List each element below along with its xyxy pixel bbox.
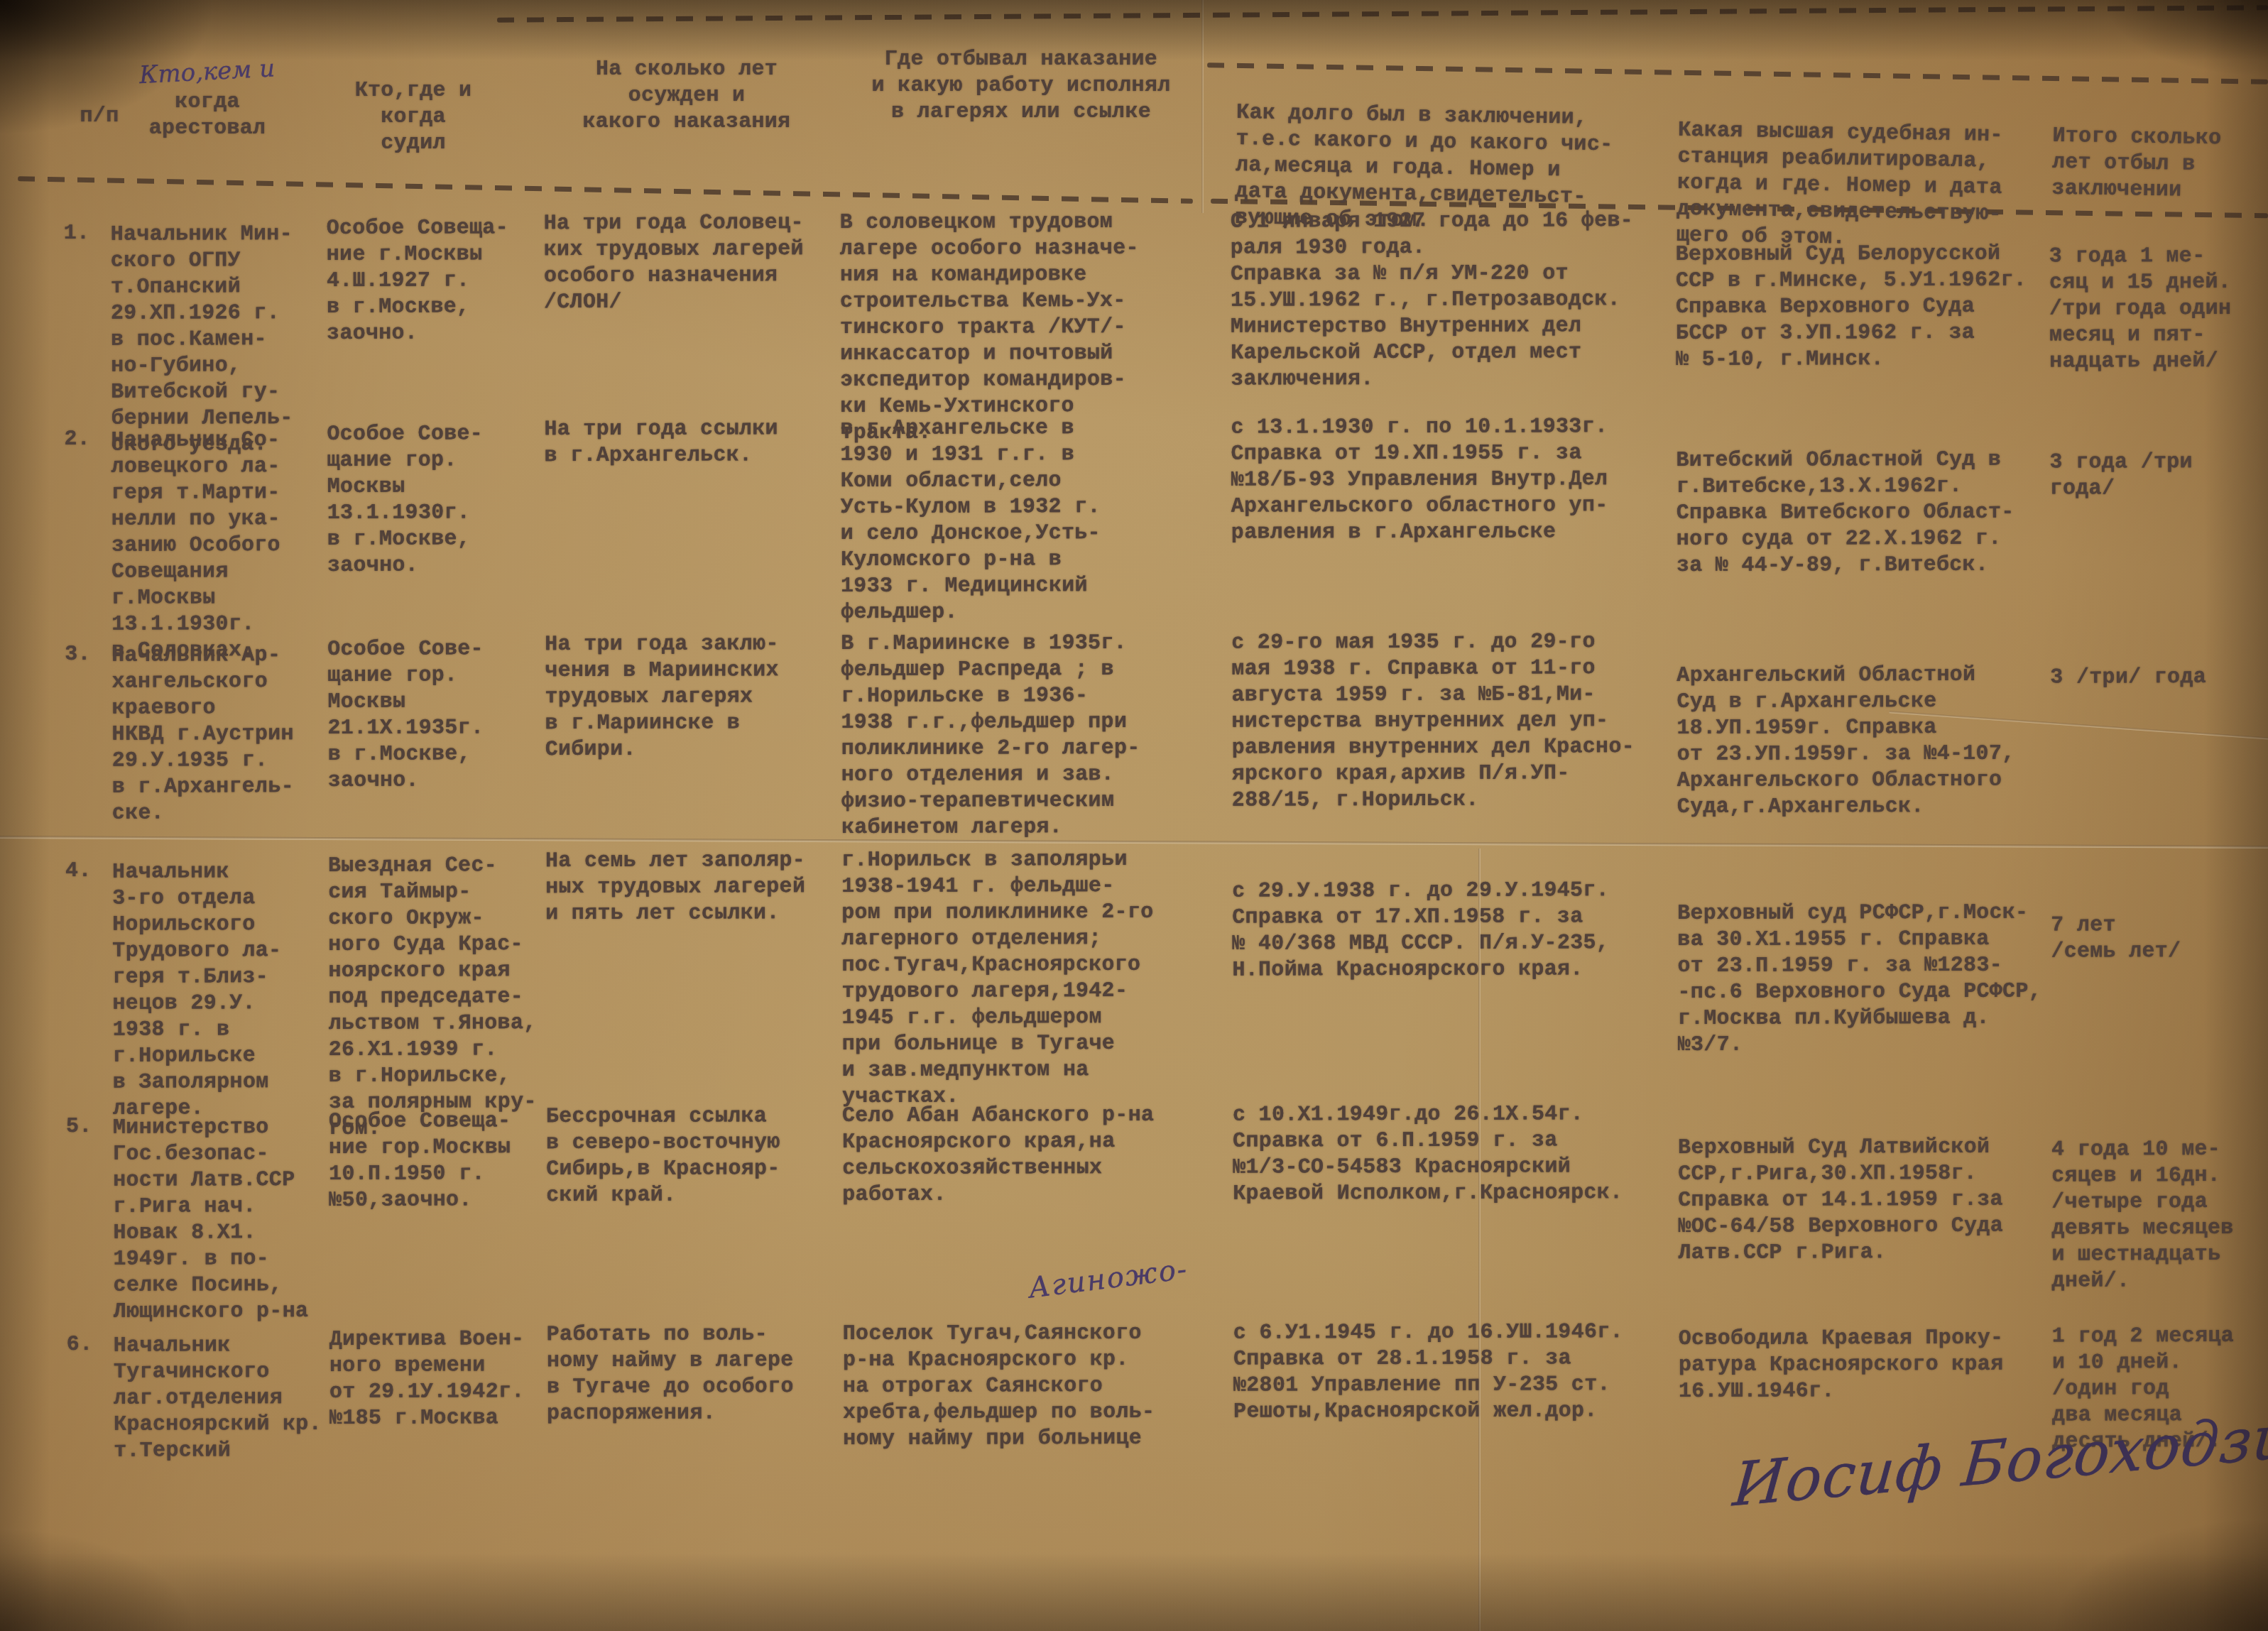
- row-number: 5.: [66, 1106, 116, 1140]
- cell-rehabilitated: Архангельский Областной Суд в г.Архангел…: [1677, 628, 2050, 821]
- table-row: 3. Начальник Ар- хангельского краевого Н…: [0, 628, 2268, 850]
- table-row: 1. Начальник Мин- ского ОГПУ т.Опанский …: [0, 207, 2267, 418]
- cell-judged: Особое Сове- щание гор. Москвы 21.1Х.193…: [327, 632, 562, 795]
- cell-rehabilitated: Верховный Суд Белорусской ССР в г.Минске…: [1676, 207, 2049, 373]
- header-sentence: На сколько лет осужден и какого наказани…: [534, 57, 839, 136]
- cell-duration: с 10.Х1.1949г.до 26.1Х.54г. Справка от 6…: [1233, 1101, 1680, 1208]
- cell-where-served: в г.Архангельске в 1930 и 1931 г.г. в Ко…: [840, 415, 1203, 626]
- cell-total-served: 7 лет /семь лет/: [2051, 844, 2264, 966]
- cell-where-served: Поселок Тугач,Саянского р-на Красноярско…: [843, 1321, 1205, 1453]
- cell-where-served: В соловецком трудовом лагере особого наз…: [840, 209, 1203, 447]
- cell-total-served: 4 года 10 ме- сяцев и 16дн. /четыре года…: [2051, 1100, 2265, 1295]
- cell-judged: Особое Совеща- ние гор.Москвы 10.П.1950 …: [329, 1104, 563, 1214]
- table-body: 1. Начальник Мин- ского ОГПУ т.Опанский …: [0, 207, 2268, 1501]
- header-where-served: Где отбывал наказание и какую работу исп…: [829, 47, 1213, 126]
- cell-duration: с 13.1.1930 г. по 10.1.1933г. Справка от…: [1231, 414, 1678, 547]
- cell-sentence: На три года заклю- чения в Мариинских тр…: [545, 631, 843, 763]
- document-photo: п/п Кто,кем и когда арестовал Кто,где и …: [0, 0, 2268, 1631]
- row-number: 2.: [64, 418, 114, 453]
- header-judged: Кто,где и когда судил: [328, 78, 498, 157]
- cell-sentence: Работать по воль- ному найму в лагере в …: [547, 1321, 845, 1427]
- cell-sentence: На три года ссылки в г.Архангельск.: [544, 416, 842, 469]
- row-number: 6.: [67, 1324, 116, 1358]
- cell-rehabilitated: Освободила Краевая Проку- ратура Красноя…: [1679, 1319, 2051, 1405]
- cell-rehabilitated: Верховный суд РСФСР,г.Моск- ва 30.Х1.195…: [1677, 845, 2051, 1059]
- table-row: 4. Начальник 3-го отдела Норильского Тру…: [0, 844, 2268, 1106]
- cell-total-served: 3 года /три года/: [2049, 413, 2262, 503]
- cell-judged: Выездная Сес- сия Таймыр- ского Окруж- н…: [328, 849, 563, 1142]
- cell-judged: Особое Сове- щание гор. Москвы 13.1.1930…: [327, 417, 562, 579]
- cell-rehabilitated: Верховный Суд Латвийской ССР,г.Рига,30.Х…: [1678, 1101, 2051, 1267]
- cell-duration: С 1 января 1927 года до 16 фев- раля 193…: [1231, 208, 1679, 393]
- header-total: Итого сколько лет отбыл в заключении: [2051, 124, 2266, 206]
- cell-arrested: Начальник Ар- хангельского краевого НКВД…: [111, 633, 332, 827]
- row-number: 3.: [65, 633, 114, 668]
- cell-arrested: Министерство Гос.безопас- ности Латв.ССР…: [113, 1105, 334, 1326]
- cell-sentence: На три года Соловец- ких трудовых лагере…: [544, 210, 842, 316]
- cell-arrested: Начальник 3-го отдела Норильского Трудов…: [112, 849, 333, 1123]
- cell-arrested: Начальник Со- ловецкого ла- геря т.Марти…: [111, 418, 332, 665]
- cell-sentence: Бессрочная ссылка в северо-восточную Сиб…: [546, 1103, 844, 1209]
- cell-duration: с 29-го мая 1935 г. до 29-го мая 1938 г.…: [1231, 629, 1679, 814]
- row-number: 1.: [64, 212, 114, 247]
- row-number: 4.: [65, 850, 115, 885]
- cell-rehabilitated: Витебский Областной Суд в г.Витебске,13.…: [1676, 413, 2049, 579]
- cell-judged: Особое Совеща- ние г.Москвы 4.Ш.1927 г. …: [327, 211, 561, 347]
- cell-sentence: На семь лет заполяр- ных трудовых лагере…: [545, 848, 844, 927]
- cell-duration: с 29.У.1938 г. до 29.У.1945г. Справка от…: [1232, 846, 1680, 984]
- cell-duration: с 6.У1.1945 г. до 16.УШ.1946г. Справка о…: [1233, 1319, 1681, 1426]
- header-arrested: когда арестовал: [122, 89, 293, 142]
- cell-arrested: Начальник Тугачинского лаг.отделения Кра…: [114, 1323, 334, 1465]
- cell-total-served: 3 /три/ года: [2050, 628, 2263, 692]
- table-row: 2. Начальник Со- ловецкого ла- геря т.Ма…: [0, 413, 2267, 633]
- cell-where-served: Село Абан Абанского р-на Красноярского к…: [842, 1103, 1204, 1209]
- cell-judged: Директива Воен- ного времени от 29.1У.19…: [329, 1322, 564, 1432]
- cell-total-served: 3 года 1 ме- сяц и 15 дней. /три года од…: [2049, 207, 2263, 376]
- cell-where-served: В г.Мариинске в 1935г. фельдшер Распреда…: [841, 631, 1204, 841]
- cell-where-served: г.Норильск в заполярьи 1938-1941 г. фель…: [841, 847, 1204, 1111]
